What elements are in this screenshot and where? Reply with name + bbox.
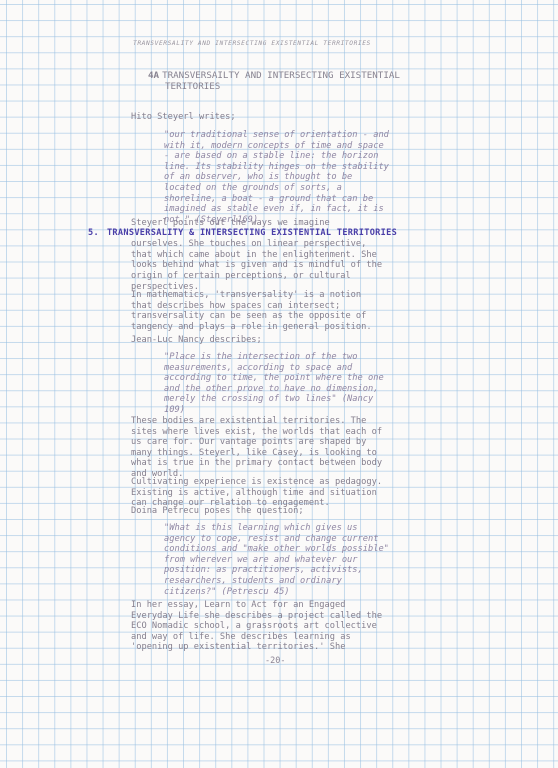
section-marker: 4A bbox=[148, 70, 159, 81]
text-line: Hito Steyerl writes; bbox=[131, 112, 431, 123]
text-line: that which came about in the enlightenme… bbox=[131, 250, 431, 261]
text-line: Jean-Luc Nancy describes; bbox=[131, 335, 431, 346]
text-line: with it, modern concepts of time and spa… bbox=[164, 141, 464, 152]
text-line: These bodies are existential territories… bbox=[131, 416, 431, 427]
paragraph: Jean-Luc Nancy describes; bbox=[131, 335, 431, 346]
text-line: of an observer, who is thought to be bbox=[164, 172, 464, 183]
text-line: In mathematics, 'transversality' is a no… bbox=[131, 290, 431, 301]
text-line: looks behind what is given and is mindfu… bbox=[131, 260, 431, 271]
overstruck-text: TRANSVERSALITY & INTERSECTING EXISTENTIA… bbox=[107, 228, 397, 238]
block-quote: "our traditional sense of orientation - … bbox=[164, 130, 464, 225]
text-line: imagined as stable even if, in fact, it … bbox=[164, 204, 464, 215]
text-line: 'opening up existential territories.' Sh… bbox=[131, 642, 431, 653]
running-head: Transversality and Intersecting Existent… bbox=[133, 40, 371, 47]
text-line: from wherever we are and whatever our bbox=[164, 555, 464, 566]
paragraph: Cultivating experience is existence as p… bbox=[131, 477, 431, 509]
text-line: and the other prove to have no dimension… bbox=[164, 384, 464, 395]
text-line: Cultivating experience is existence as p… bbox=[131, 477, 431, 488]
text-line: position: as practitioners, activists, bbox=[164, 565, 464, 576]
text-line: In her essay, Learn to Act for an Engage… bbox=[131, 600, 431, 611]
text-line: what is true in the primary contact betw… bbox=[131, 458, 431, 469]
text-line: merely the crossing of two lines" (Nancy bbox=[164, 394, 464, 405]
block-quote: "What is this learning which gives usage… bbox=[164, 523, 464, 597]
text-line: transversality can be seen as the opposi… bbox=[131, 311, 431, 322]
section-title: 4ATRANSVERSAILTY AND INTERSECTING EXISTE… bbox=[148, 70, 468, 92]
text-line: measurements, according to space and bbox=[164, 363, 464, 374]
text-line: agency to cope, resist and change curren… bbox=[164, 534, 464, 545]
text-line: Doina Petrecu poses the question; bbox=[131, 506, 431, 517]
text-line: line. Its stability hinges on the stabil… bbox=[164, 162, 464, 173]
typed-page: Transversality and Intersecting Existent… bbox=[0, 0, 558, 768]
text-line: 109) bbox=[164, 405, 464, 416]
text-line: and way of life. She describes learning … bbox=[131, 632, 431, 643]
paragraph: Hito Steyerl writes; bbox=[131, 112, 431, 123]
text-line: origin of certain perceptions, or cultur… bbox=[131, 271, 431, 282]
paragraph: These bodies are existential territories… bbox=[131, 416, 431, 480]
text-line: - are based on a stable line: the horizo… bbox=[164, 151, 464, 162]
text-line: us care for. Our vantage points are shap… bbox=[131, 437, 431, 448]
text-line: researchers, students and ordinary bbox=[164, 576, 464, 587]
text-line: citizens?" (Petrescu 45) bbox=[164, 587, 464, 598]
page-number: -20- bbox=[265, 656, 285, 666]
text-line: tangency and plays a role in general pos… bbox=[131, 322, 431, 333]
text-line: conditions and "make other worlds possib… bbox=[164, 544, 464, 555]
text-line: ourselves. She touches on linear perspec… bbox=[131, 239, 431, 250]
section-title-line2: TERITORIES bbox=[148, 81, 468, 92]
text-line: sites where lives exist, the worlds that… bbox=[131, 427, 431, 438]
text-line: ECO Nomadic school, a grassroots art col… bbox=[131, 621, 431, 632]
section-title-line1: TRANSVERSAILTY AND INTERSECTING EXISTENT… bbox=[162, 70, 400, 81]
paragraph: In mathematics, 'transversality' is a no… bbox=[131, 290, 431, 332]
text-line: "our traditional sense of orientation - … bbox=[164, 130, 464, 141]
text-line: located on the grounds of sorts, a bbox=[164, 183, 464, 194]
text-line: shoreline, a boat - a ground that can be bbox=[164, 194, 464, 205]
text-line: Steyerl points out the ways we imagine bbox=[131, 218, 431, 229]
text-line: Everyday Life she describes a project ca… bbox=[131, 611, 431, 622]
text-line: Existing is active, although time and si… bbox=[131, 488, 431, 499]
overstruck-number: 5. bbox=[88, 228, 99, 238]
text-line: "What is this learning which gives us bbox=[164, 523, 464, 534]
text-line: according to time, the point where the o… bbox=[164, 373, 464, 384]
text-line: "Place is the intersection of the two bbox=[164, 352, 464, 363]
paragraph: In her essay, Learn to Act for an Engage… bbox=[131, 600, 431, 653]
paragraph: Doina Petrecu poses the question; bbox=[131, 506, 431, 517]
text-line: many things. Steyerl, like Casey, is loo… bbox=[131, 448, 431, 459]
text-line: that describes how spaces can intersect; bbox=[131, 301, 431, 312]
overstruck-heading: 5.TRANSVERSALITY & INTERSECTING EXISTENT… bbox=[88, 228, 397, 238]
block-quote: "Place is the intersection of the twomea… bbox=[164, 352, 464, 416]
